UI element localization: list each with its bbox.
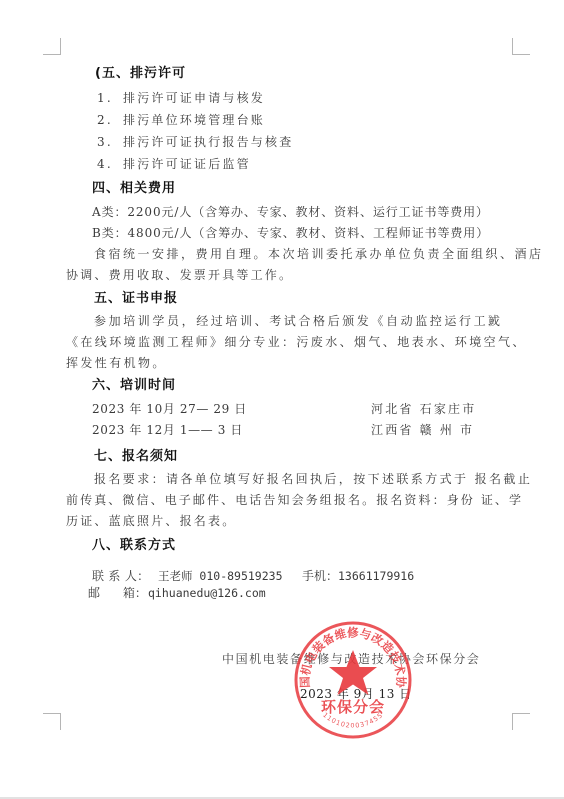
certificate-text-line-1: 参加培训学员，经过培训、考试合格后颁发《自动监控运行工》 <box>94 313 503 329</box>
list-item-number: 1. <box>97 90 113 106</box>
list-item-number: 2. <box>97 112 113 128</box>
session-date: 2023 年 12月 1—— 3 日 <box>92 422 243 438</box>
section-heading-contact: 八、联系方式 <box>92 538 176 554</box>
seal-center-text: 环保分会 <box>321 698 385 716</box>
seal-stamp-icon: 中国机电装备维修与改造技术协会 环保分会 1101020037455 <box>293 620 413 740</box>
margin-corner-mark-top-left <box>43 38 61 55</box>
list-item-number: 4. <box>97 156 113 172</box>
session-location: 江西省 赣 州 市 <box>371 422 474 438</box>
list-item-number: 3. <box>97 134 113 150</box>
list-item: 排污许可证申请与核发 <box>123 90 265 106</box>
contact-email-link[interactable]: qihuanedu@126.com <box>148 585 266 601</box>
official-seal: 中国机电装备维修与改造技术协会 环保分会 1101020037455 <box>293 620 413 740</box>
margin-corner-mark-bottom-right <box>512 713 530 730</box>
contact-mobile-label: 手机： <box>302 568 338 584</box>
contact-mobile-value[interactable]: 13661179916 <box>338 568 414 584</box>
list-item: 排污许可证证后监管 <box>123 156 251 172</box>
fee-class-b: B类：4800元/人（含筹办、专家、教材、资料、工程师证书等费用） <box>92 225 489 241</box>
registration-text-line-3: 历证、蓝底照片、报名表。 <box>66 513 236 529</box>
registration-text-line-1: 报名要求：请各单位填写好报名回执后，按下述联系方式于 报名截止 <box>94 471 532 487</box>
contact-person-value: 王老师 010-89519235 <box>158 568 283 584</box>
list-item: 排污单位环境管理台账 <box>123 112 265 128</box>
fee-note-line-2: 协调、费用收取、发票开具等工作。 <box>66 267 293 283</box>
session-date: 2023 年 10月 27— 29 日 <box>92 401 247 417</box>
margin-corner-mark-bottom-left <box>43 713 61 730</box>
section-heading-certificate: 五、证书申报 <box>94 291 178 307</box>
fee-note-line-1: 食宿统一安排，费用自理。本次培训委托承办单位负责全面组织、酒店 <box>94 246 544 262</box>
section-heading-registration: 七、报名须知 <box>94 449 178 465</box>
session-location: 河北省 石家庄市 <box>371 401 476 417</box>
seal-star-icon <box>329 650 377 695</box>
list-item: 排污许可证执行报告与核查 <box>123 134 293 150</box>
section-heading-fees: 四、相关费用 <box>92 181 176 197</box>
certificate-text-line-3: 挥发性有机物。 <box>66 355 167 371</box>
section-heading-schedule: 六、培训时间 <box>92 378 176 394</box>
certificate-text-line-1-end: 或 <box>488 313 500 329</box>
certificate-text-line-2: 《在线环境监测工程师》细分专业：污废水、烟气、地表水、环境空气、 <box>66 334 527 350</box>
margin-corner-mark-top-right <box>512 38 530 55</box>
section-heading-pollutant-permit: (五、排污许可 <box>95 66 186 82</box>
contact-person-label: 联 系 人： <box>92 568 149 584</box>
fee-class-a: A类：2200元/人（含筹办、专家、教材、资料、运行工证书等费用） <box>92 204 489 220</box>
registration-text-line-2: 前传真、微信、电子邮件、电话告知会务组报名。报名资料：身份 证、学 <box>66 492 523 508</box>
contact-email-label: 邮 箱： <box>88 585 147 601</box>
